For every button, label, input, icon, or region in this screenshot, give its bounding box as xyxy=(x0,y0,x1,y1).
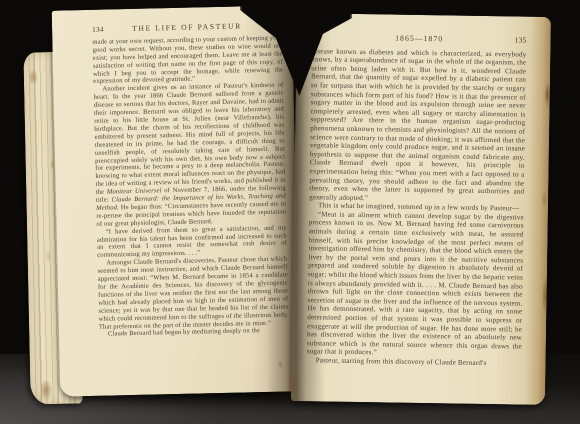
page-paragraph: “Meat is an aliment which cannot develop… xyxy=(307,210,524,359)
right-page-number: 135 xyxy=(493,36,527,45)
book-photograph: 134 THE LIFE OF PASTEUR made at your own… xyxy=(0,0,580,424)
right-page-header: 1865—1870 135 xyxy=(312,33,527,45)
page-paragraph: Amongst Claude Bernard's discoveries, Pa… xyxy=(97,256,289,331)
header-spacer xyxy=(248,28,282,29)
left-page-header: 134 THE LIFE OF PASTEUR xyxy=(92,22,282,34)
right-page-text: 1865—1870 135 disease known as diabetes … xyxy=(291,13,551,405)
left-page-number: 134 xyxy=(92,25,126,34)
chapter-years-heading: 1865—1870 xyxy=(346,34,493,45)
running-title: THE LIFE OF PASTEUR xyxy=(126,22,248,33)
header-spacer xyxy=(312,39,346,40)
page-paragraph: made at your own request, according to y… xyxy=(92,34,283,86)
page-paragraph: Another incident gives us an instance of… xyxy=(93,82,286,229)
left-page: 134 THE LIFE OF PASTEUR made at your own… xyxy=(52,5,301,396)
open-book: 134 THE LIFE OF PASTEUR made at your own… xyxy=(0,0,580,424)
page-paragraph: “I have derived from them so great a sat… xyxy=(97,224,288,260)
page-paragraph: disease known as diabetes and which is c… xyxy=(309,47,526,205)
right-page: 1865—1870 135 disease known as diabetes … xyxy=(291,13,551,405)
left-page-text: 134 THE LIFE OF PASTEUR made at your own… xyxy=(52,5,301,396)
